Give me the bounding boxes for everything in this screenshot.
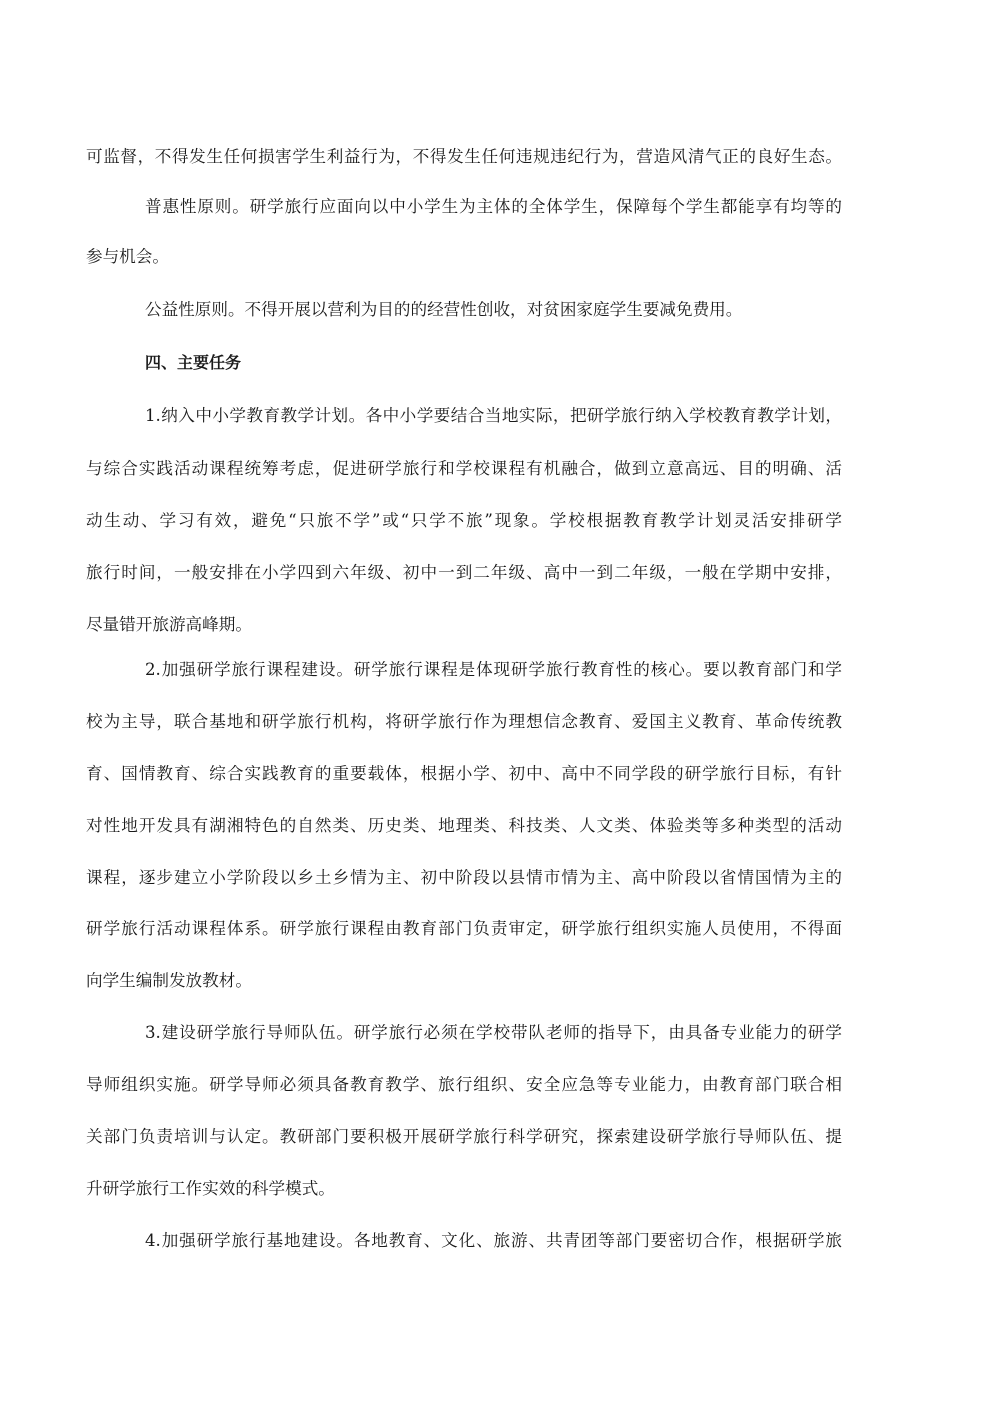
text-line: 3.建设研学旅行导师队伍。研学旅行必须在学校带队老师的指导下，由具备专业能力的研…	[145, 1021, 842, 1045]
text-line: 与综合实践活动课程统筹考虑，促进研学旅行和学校课程有机融合，做到立意高远、目的明…	[86, 457, 842, 481]
text-line: 公益性原则。不得开展以营利为目的的经营性创收，对贫困家庭学生要减免费用。	[145, 298, 842, 322]
document-page: 可监督，不得发生任何损害学生利益行为，不得发生任何违规违纪行为，营造风清气正的良…	[0, 0, 992, 1403]
text-line: 育、国情教育、综合实践教育的重要载体，根据小学、初中、高中不同学段的研学旅行目标…	[86, 762, 842, 786]
text-line: 2.加强研学旅行课程建设。研学旅行课程是体现研学旅行教育性的核心。要以教育部门和…	[145, 658, 842, 682]
text-line: 1.纳入中小学教育教学计划。各中小学要结合当地实际，把研学旅行纳入学校教育教学计…	[145, 404, 842, 428]
text-line: 向学生编制发放教材。	[86, 969, 842, 993]
text-line: 升研学旅行工作实效的科学模式。	[86, 1177, 842, 1201]
text-line: 尽量错开旅游高峰期。	[86, 613, 842, 637]
text-line: 研学旅行活动课程体系。研学旅行课程由教育部门负责审定，研学旅行组织实施人员使用，…	[86, 917, 842, 941]
text-line: 参与机会。	[86, 245, 842, 269]
text-line: 可监督，不得发生任何损害学生利益行为，不得发生任何违规违纪行为，营造风清气正的良…	[86, 145, 842, 169]
text-line: 4.加强研学旅行基地建设。各地教育、文化、旅游、共青团等部门要密切合作，根据研学…	[145, 1229, 842, 1253]
text-line: 普惠性原则。研学旅行应面向以中小学生为主体的全体学生，保障每个学生都能享有均等的	[145, 195, 842, 219]
text-line: 对性地开发具有湖湘特色的自然类、历史类、地理类、科技类、人文类、体验类等多种类型…	[86, 814, 842, 838]
text-line: 关部门负责培训与认定。教研部门要积极开展研学旅行科学研究，探索建设研学旅行导师队…	[86, 1125, 842, 1149]
text-line: 课程，逐步建立小学阶段以乡土乡情为主、初中阶段以县情市情为主、高中阶段以省情国情…	[86, 866, 842, 890]
text-line: 导师组织实施。研学导师必须具备教育教学、旅行组织、安全应急等专业能力，由教育部门…	[86, 1073, 842, 1097]
text-line: 旅行时间，一般安排在小学四到六年级、初中一到二年级、高中一到二年级，一般在学期中…	[86, 561, 842, 585]
text-line: 校为主导，联合基地和研学旅行机构，将研学旅行作为理想信念教育、爱国主义教育、革命…	[86, 710, 842, 734]
section-heading: 四、主要任务	[145, 351, 842, 375]
text-line: 动生动、学习有效，避免“只旅不学”或“只学不旅”现象。学校根据教育教学计划灵活安…	[86, 509, 842, 533]
